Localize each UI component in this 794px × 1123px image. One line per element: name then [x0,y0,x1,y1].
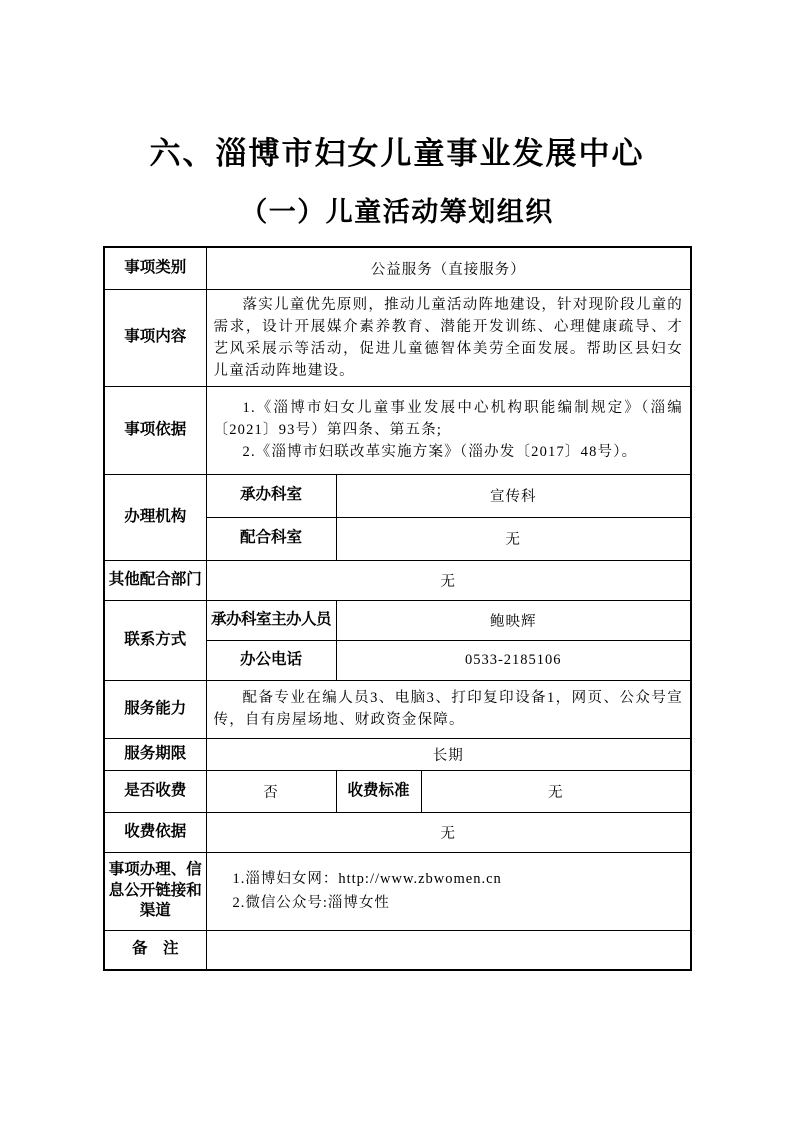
document-page: 六、淄博市妇女儿童事业发展中心 （一）儿童活动筹划组织 事项类别 公益服务（直接… [0,0,794,1123]
row-service-period: 服务期限 长期 [104,738,691,770]
other-cooperating-depts-label: 其他配合部门 [104,560,206,600]
row-contact-person: 联系方式 承办科室主办人员 鲍映辉 [104,600,691,640]
fee-standard-value: 无 [421,770,691,812]
page-subtitle: （一）儿童活动筹划组织 [0,196,794,228]
item-content-value: 落实儿童优先原则，推动儿童活动阵地建设，针对现阶段儿童的需求，设计开展媒介素养教… [206,289,691,386]
row-fee: 是否收费 否 收费标准 无 [104,770,691,812]
service-capacity-label: 服务能力 [104,680,206,738]
item-category-label: 事项类别 [104,247,206,289]
row-links: 事项办理、信息公开链接和渠道 1.淄博妇女网：http://www.zbwome… [104,852,691,930]
remarks-label: 备 注 [104,930,206,970]
item-basis-line-1: 1.《淄博市妇女儿童事业发展中心机构职能编制规定》（淄编〔2021〕93号）第四… [214,397,684,441]
row-fee-basis: 收费依据 无 [104,812,691,852]
fee-basis-value: 无 [206,812,691,852]
row-item-category: 事项类别 公益服务（直接服务） [104,247,691,289]
row-remarks: 备 注 [104,930,691,970]
links-line-1: 1.淄博妇女网：http://www.zbwomen.cn [233,867,684,891]
service-period-value: 长期 [206,738,691,770]
service-capacity-value: 配备专业在编人员3、电脑3、打印复印设备1，网页、公众号宣传，自有房屋场地、财政… [206,680,691,738]
row-item-content: 事项内容 落实儿童优先原则，推动儿童活动阵地建设，针对现阶段儿童的需求，设计开展… [104,289,691,386]
fee-standard-label: 收费标准 [336,770,421,812]
fee-required-label: 是否收费 [104,770,206,812]
contact-person-value: 鲍映辉 [336,600,691,640]
cooperating-dept-value: 无 [336,517,691,560]
fee-required-value: 否 [206,770,336,812]
remarks-value-cell [206,930,691,970]
cooperating-dept-label: 配合科室 [206,517,336,560]
item-basis-label: 事项依据 [104,386,206,474]
contact-person-label: 承办科室主办人员 [206,600,336,640]
row-undertaking-dept: 办理机构 承办科室 宣传科 [104,474,691,517]
service-period-label: 服务期限 [104,738,206,770]
fee-basis-label: 收费依据 [104,812,206,852]
row-item-basis: 事项依据 1.《淄博市妇女儿童事业发展中心机构职能编制规定》（淄编〔2021〕9… [104,386,691,474]
other-cooperating-depts-value: 无 [206,560,691,600]
item-content-paragraph: 落实儿童优先原则，推动儿童活动阵地建设，针对现阶段儿童的需求，设计开展媒介素养教… [214,294,684,382]
handling-org-label: 办理机构 [104,474,206,560]
service-capacity-paragraph: 配备专业在编人员3、电脑3、打印复印设备1，网页、公众号宣传，自有房屋场地、财政… [214,687,684,731]
undertaking-dept-label: 承办科室 [206,474,336,517]
row-service-capacity: 服务能力 配备专业在编人员3、电脑3、打印复印设备1，网页、公众号宣传，自有房屋… [104,680,691,738]
links-line-2: 2.微信公众号:淄博女性 [233,891,684,915]
office-phone-label: 办公电话 [206,640,336,680]
undertaking-dept-value: 宣传科 [336,474,691,517]
page-title: 六、淄博市妇女儿童事业发展中心 [0,0,794,172]
item-content-label: 事项内容 [104,289,206,386]
item-basis-value: 1.《淄博市妇女儿童事业发展中心机构职能编制规定》（淄编〔2021〕93号）第四… [206,386,691,474]
office-phone-value: 0533-2185106 [336,640,691,680]
service-item-table: 事项类别 公益服务（直接服务） 事项内容 落实儿童优先原则，推动儿童活动阵地建设… [103,246,692,971]
contact-label: 联系方式 [104,600,206,680]
row-other-cooperating-depts: 其他配合部门 无 [104,560,691,600]
links-value: 1.淄博妇女网：http://www.zbwomen.cn 2.微信公众号:淄博… [206,852,691,930]
links-label: 事项办理、信息公开链接和渠道 [104,852,206,930]
item-basis-line-2: 2.《淄博市妇联改革实施方案》（淄办发〔2017〕48号）。 [214,441,684,463]
item-category-value: 公益服务（直接服务） [206,247,691,289]
